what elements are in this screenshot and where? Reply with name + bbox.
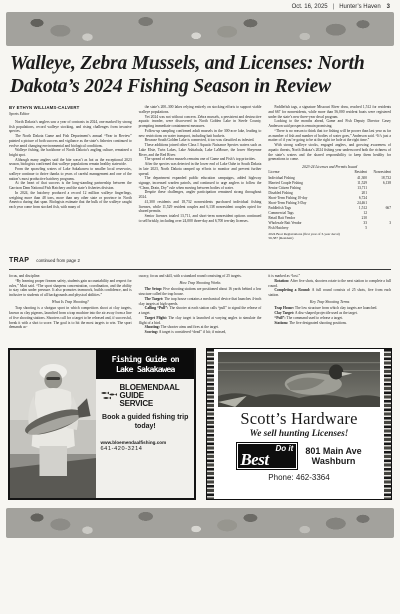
article-paragraph: 41,300 residents and 18,732 nonresidents… [139,200,262,214]
license-name: Fish Hatchery [268,225,341,230]
trap-step-item: Completing a Round: A full round consist… [268,288,391,297]
license-table: 2023-24 Licenses and Permits Issued Lice… [268,165,391,241]
trap-term: The Target: [145,297,164,301]
resident-count: 5 [341,225,367,230]
article-paragraph: “There is no reason to think that ice fi… [268,129,391,143]
article-column-2: the state’s 200–300 lakes relying entire… [139,105,262,240]
trap-term: Scoring: [145,330,158,334]
headline-line-1: Walleye, Zebra Mussels, and Licenses: No… [10,53,390,76]
article-paragraph: Looking to the months ahead, Game and Fi… [268,119,391,128]
trap-term: Stations: [274,321,288,325]
fish-school-icon [100,390,117,402]
newspaper-page: Oct. 16, 2025|Hunter’s Haven3 Walleye, Z… [0,0,400,614]
article-paragraph: At the heart of that success is the long… [9,181,132,190]
scotts-hardware-ad: Scott’s Hardware We sell hunting License… [206,348,392,500]
continued-story-slug: TRAP continued from page 2 [9,249,391,271]
article-paragraph: These additions joined other Class I Aqu… [139,143,262,157]
trap-term-definition: The five designated shooting positions. [288,321,347,325]
article-paragraph: Although many anglers said the bite wasn… [9,158,132,167]
nonresident-count [367,225,391,230]
column-1-paragraphs: North Dakota’s anglers saw a year of con… [9,120,132,210]
article-columns: BY ETHYN WILLIAMS-CALVERT Sports Editor … [9,105,391,240]
article-paragraph: The North Dakota Game and Fish Departmen… [9,134,132,148]
article-paragraph: Senior licenses totaled 13,711, and shor… [139,214,262,223]
column-2-paragraphs: the state’s 200–300 lakes relying entire… [139,105,262,223]
article-paragraph: With strong walleye stocks, engaged angl… [268,143,391,162]
header-separator: | [333,4,335,10]
trap-step-item: Calling “Pull”: The shooter at each stat… [139,306,262,315]
trap-subhead-how-it-works: How Trap Shooting Works [139,281,262,286]
article-column-1: BY ETHYN WILLIAMS-CALVERT Sports Editor … [9,105,132,240]
trap-column-2: curacy, focus and skill, with a standard… [139,274,262,335]
trap-term: The Setup: [145,287,162,291]
trap-steps-list: The Setup: Five shooting stations are po… [139,287,262,334]
trap-term: Completing a Round: [274,288,310,292]
column-3-paragraphs: Paddlefish tags, a signature Missouri Ri… [268,105,391,162]
film-strip-left-decoration [207,349,214,499]
trap-column-1: focus, and discipline. “By learning prop… [9,274,132,335]
article-paragraph: In 2024, the hatchery produced a record … [9,191,132,210]
fishing-ad-phone: 641-420-3214 [100,446,190,452]
trap-term: Clay Target: [274,311,294,315]
boat-registration-note: 2024 Boat Registrations (first year of 3… [268,232,391,241]
article-paragraph: After the species was detected in the lo… [139,162,262,176]
byline-role: Sports Editor [9,112,132,117]
hardware-address: 801 Main Ave Washburn [305,446,361,466]
trap-term: Target Flight: [145,316,167,320]
trap-steps-list: Rotation: After five shots, shooters rot… [268,279,391,298]
article-headline: Walleye, Zebra Mussels, and Licenses: No… [10,53,390,98]
fishing-ad-tagline: Book a guided fishing trip today! [100,414,190,432]
fishing-guide-ad: Fishing Guide on Lake Sakakawea [8,348,196,500]
trap-term: “Pull”: [274,316,285,320]
trap-term-item: Stations: The five designated shooting p… [268,321,391,326]
trap-paragraph: curacy, focus and skill, with a standard… [139,274,262,279]
trap-term: Rotation: [274,279,289,283]
trap-step-item: The Setup: Five shooting stations are po… [139,287,262,296]
duck-photo [218,352,380,407]
duck-photo-graphic [218,352,380,407]
trap-term: Trap House: [274,306,294,310]
license-table-title: 2023-24 Licenses and Permits Issued [268,165,391,170]
banner-line-2: Lake Sakakawea [97,365,193,375]
trap-terms-list: Trap House: The low structure from which… [268,306,391,325]
hardware-ad-tagline: We sell hunting Licenses! [250,429,349,439]
article-paragraph: the state’s 200–300 lakes relying entire… [139,105,262,114]
trap-term-definition: The shooter aims and fires at the target… [160,325,219,329]
issue-date: Oct. 16, 2025 [292,4,328,10]
article-paragraph: Paddlefish tags, a signature Missouri Ri… [268,105,391,119]
hardware-phone: Phone: 462-3364 [268,473,329,482]
license-table-row: Fish Hatchery 5 [268,225,391,230]
continued-story-title: TRAP [9,257,29,264]
article-paragraph: Despite these challenges, angler partici… [139,190,262,199]
hardware-store-name: Scott’s Hardware [240,409,357,429]
leaf-border-top-decoration [6,12,394,46]
trap-term-definition: A disc-shaped projectile used as the tar… [294,311,358,315]
page-number: 3 [387,4,390,10]
article-paragraph: Walleye fishing, the backbone of North D… [9,148,132,157]
article-column-3: Paddlefish tags, a signature Missouri Ri… [268,105,391,240]
trap-term-definition: A target is considered “dead” if hit; if… [158,330,226,334]
trap-step-item: Scoring: A target is considered “dead” i… [139,330,262,335]
article-paragraph: North Dakota’s anglers saw a year of con… [9,120,132,134]
trap-term: Shooting: [145,325,160,329]
headline-line-2: Dakota’s 2024 Fishing Season in Review [10,76,390,99]
film-strip-right-decoration [384,349,391,499]
fishing-guide-banner: Fishing Guide on Lake Sakakawea [96,350,194,379]
leaf-border-bottom-decoration [6,508,394,538]
do-it-best-logo: Do it Best [236,442,298,470]
trap-columns: focus, and discipline. “By learning prop… [9,274,391,335]
trap-column-3: it is marked as “lost.” Rotation: After … [268,274,391,335]
continued-from-note: continued from page 2 [36,258,80,263]
page-header: Oct. 16, 2025|Hunter’s Haven3 [0,0,400,11]
byline-author: BY ETHYN WILLIAMS-CALVERT [9,105,132,111]
trap-paragraph: Trap shooting is a shotgun sport in whic… [9,306,132,330]
trap-step-item: Rotation: After five shots, shooters rot… [268,279,391,288]
fishing-ad-website: www.bloemendaalfishing.com [100,440,190,445]
trap-step-item: The Target: The trap house contains a me… [139,297,262,306]
article-paragraph: From the sprawling waters of Lake Sakaka… [9,167,132,181]
fisherman-photo-graphic [10,350,96,498]
trap-term-definition: The command used to release a target. [286,316,343,320]
trap-subhead-key-terms: Key Trap Shooting Terms [268,300,391,305]
trap-subhead-what-is: What Is Trap Shooting? [9,300,132,305]
advertisements-row: Fishing Guide on Lake Sakakawea [8,348,392,500]
article-paragraph: Follow-up sampling confirmed adult musse… [139,129,262,138]
guide-service-name: BLOEMENDAAL GUIDE SERVICE [119,384,179,409]
publication-name: Hunter’s Haven [339,4,380,10]
article-paragraph: The department expanded public education… [139,176,262,190]
trap-term-definition: The low structure from which clay target… [294,306,377,310]
trap-quote-paragraph: “By learning proper firearm safety, stud… [9,279,132,298]
fisherman-photo [10,350,96,498]
article-paragraph: Yet 2024 was not without concern. Zebra … [139,115,262,129]
trap-term: Calling “Pull”: [145,306,169,310]
trap-step-item: Target Flight: The clay target is launch… [139,316,262,325]
